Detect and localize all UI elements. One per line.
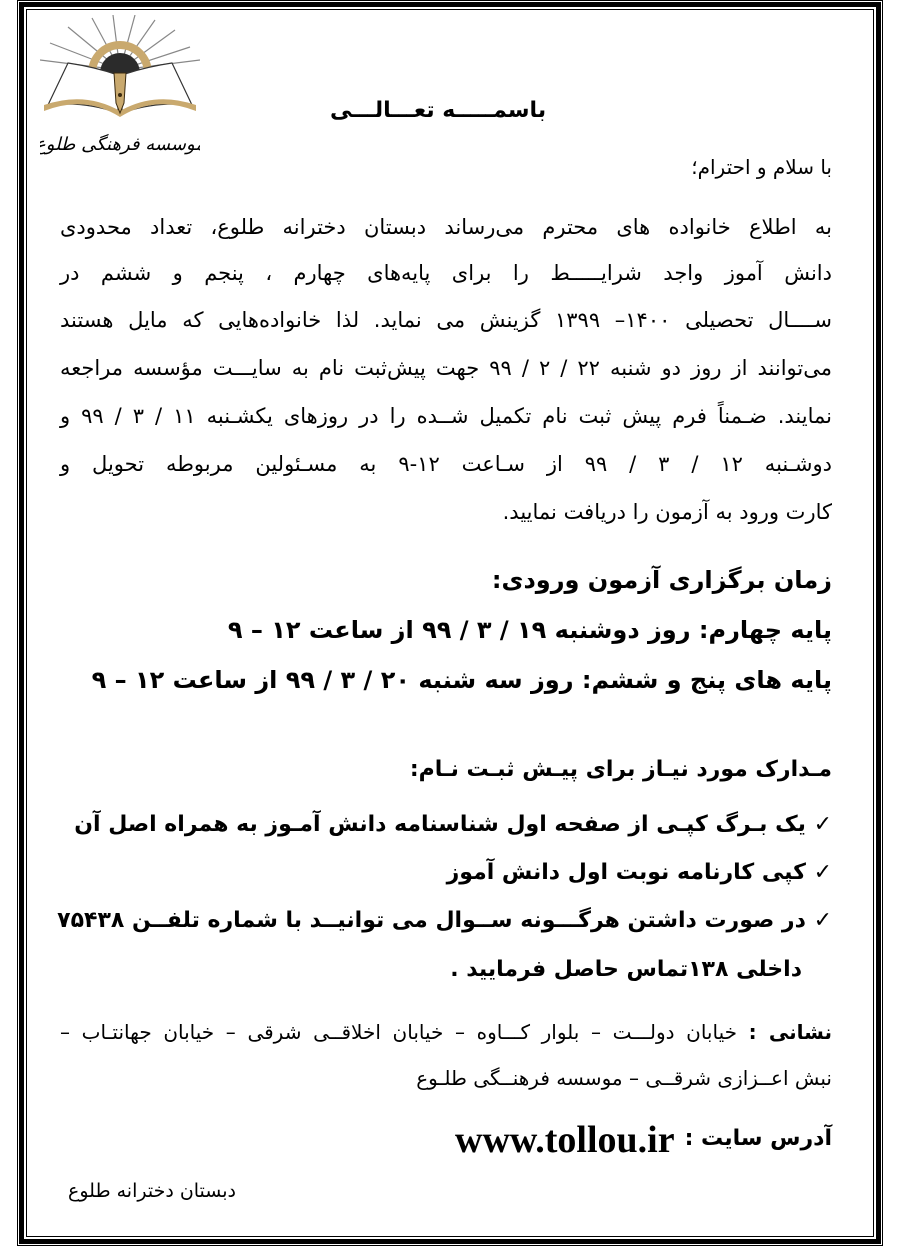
check-icon: ✓: [814, 908, 832, 933]
document-item-3: ✓ در صورت داشتن هرگـــونه ســوال می توان…: [60, 906, 832, 936]
documents-title: مـدارک مورد نیـاز برای پیـش ثبـت نـام:: [410, 755, 832, 785]
exam-grade4: پایه چهارم: روز دوشنبه ۱۹ / ۳ / ۹۹ از سا…: [228, 615, 832, 645]
greeting: با سلام و احترام؛: [691, 152, 832, 182]
body-line-5: نمایند. ضـمناً فرم پیش ثبت نام تکمیل شــ…: [60, 401, 832, 431]
address-line-1: نشانی : خیابان دولـــت – بلوار کـــاوه –…: [60, 1017, 832, 1047]
school-signature: دبستان دخترانه طلوع: [68, 1180, 236, 1202]
address-line-2: نبش اعــزازی شرقــی – موسسه فرهنــگی طلـ…: [416, 1063, 832, 1093]
document-item-text: یک بـرگ کپـی از صفحه اول شناسنامه دانش آ…: [74, 812, 806, 837]
exam-title: زمان برگزاری آزمون ورودی:: [492, 565, 832, 595]
body-line-6: دوشـنبه ۱۲ / ۳ / ۹۹ از سـاعت ۱۲-۹ به مسـ…: [60, 449, 832, 479]
website-label: آدرس سایت :: [685, 1126, 832, 1151]
document-item-2: ✓ کپی کارنامه نوبت اول دانش آموز: [447, 858, 832, 888]
body-line-3: ســــال تحصیلی ۱۴۰۰– ۱۳۹۹ گزینش می نماید…: [60, 305, 832, 335]
document-item-text: کپی کارنامه نوبت اول دانش آموز: [447, 860, 806, 885]
document-item-3-cont: داخلی ۱۳۸تماس حاصل فرمایید .: [450, 955, 802, 985]
document-item-1: ✓ یک بـرگ کپـی از صفحه اول شناسنامه دانش…: [74, 810, 832, 840]
body-line-2: دانش آموز واجد شرایـــــط را برای پایه‌ه…: [60, 258, 832, 288]
document-item-text: در صورت داشتن هرگـــونه ســوال می توانیـ…: [57, 908, 806, 933]
exam-grade5-6: پایه های پنج و ششم: روز سه شنبه ۲۰ / ۳ /…: [92, 665, 832, 695]
check-icon: ✓: [814, 860, 832, 885]
check-icon: ✓: [814, 812, 832, 837]
website-link[interactable]: www.tollou.ir: [455, 1118, 675, 1162]
address-text-1: خیابان دولـــت – بلوار کـــاوه – خیابان …: [60, 1020, 737, 1044]
body-line-7: کارت ورود به آزمون را دریافت نمایید.: [503, 497, 832, 527]
letter-body: با سلام و احترام؛ به اطلاع خانواده های م…: [60, 0, 832, 1250]
body-line-1: به اطلاع خانواده های محترم می‌رساند دبست…: [60, 212, 832, 242]
body-line-4: می‌توانند از روز دو شنبه ۲۲ / ۲ / ۹۹ جهت…: [60, 353, 832, 383]
address-label: نشانی :: [749, 1020, 832, 1044]
